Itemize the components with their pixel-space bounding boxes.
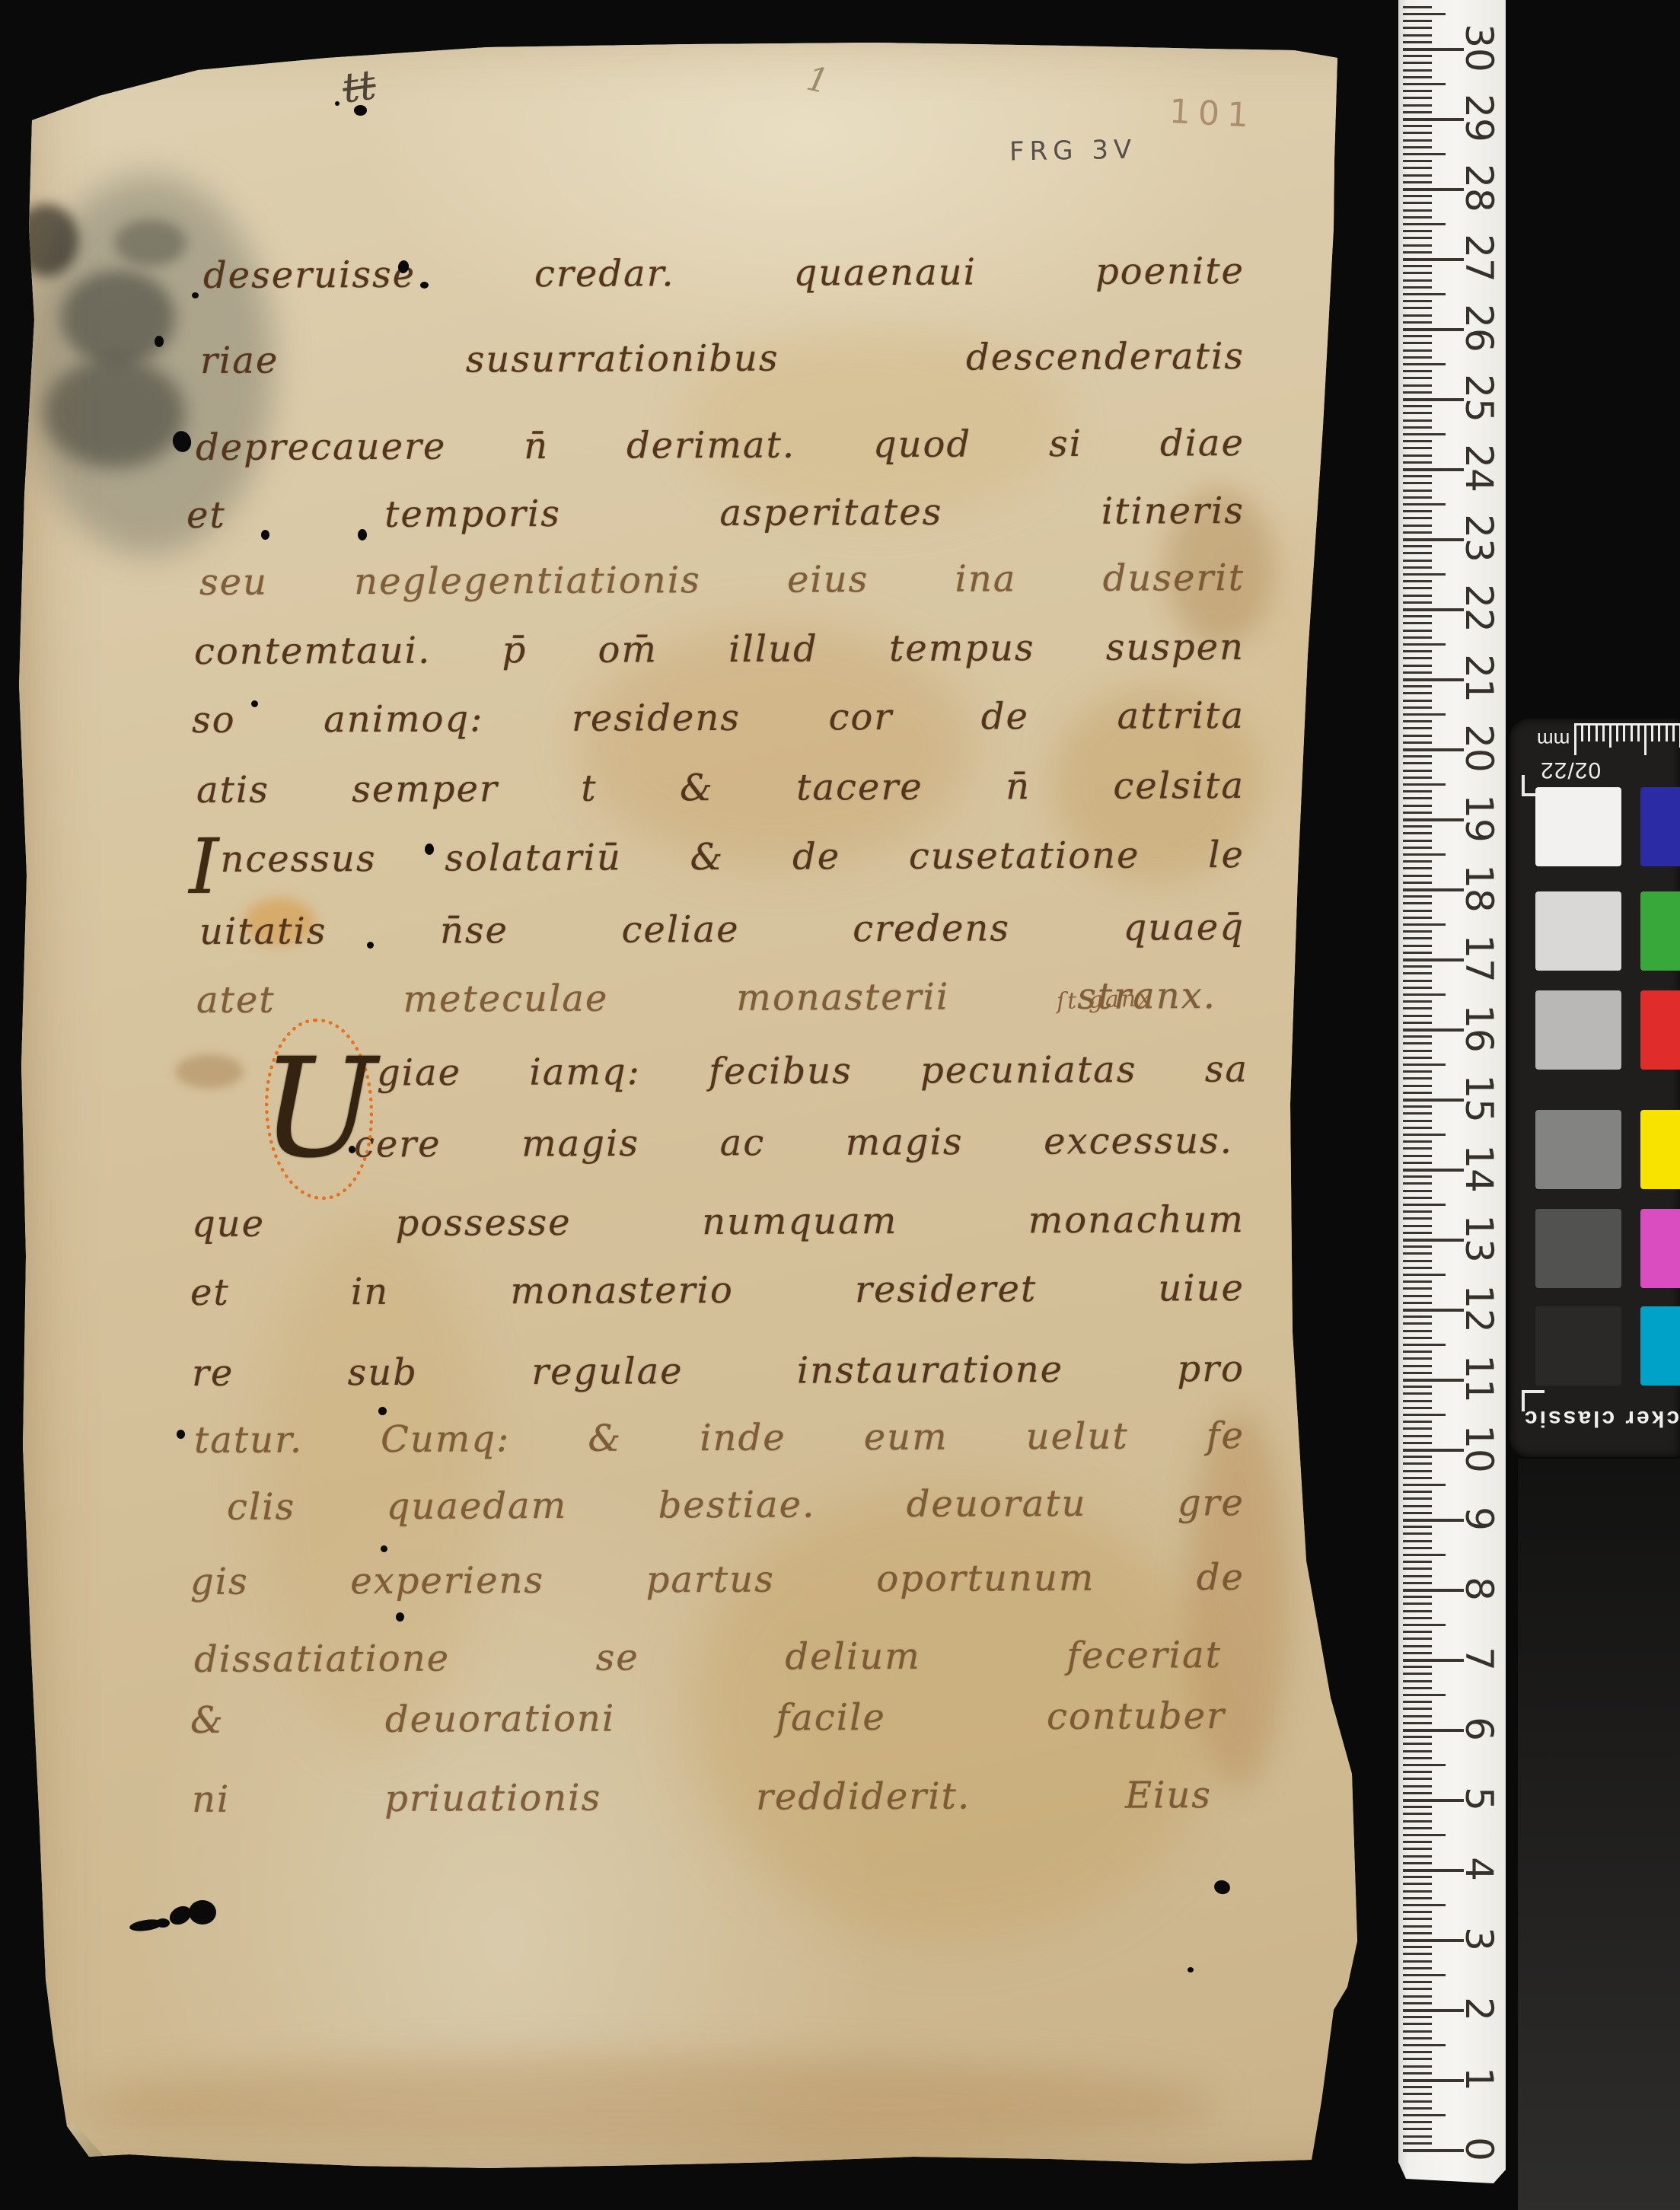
ruler-tick <box>1403 482 1432 484</box>
ruler-number: 7 <box>1457 1647 1501 1671</box>
ruler-tick <box>1403 314 1432 317</box>
ruler-tick <box>1403 1477 1432 1479</box>
ruler-tick <box>1403 1617 1432 1619</box>
ruler-tick <box>1403 741 1432 744</box>
measuring-ruler: 0123456789101112131415161718192021222324… <box>1398 0 1506 2183</box>
ruler-tick <box>1403 1575 1432 1577</box>
ruler-tick <box>1403 1357 1432 1360</box>
manuscript-text-line: cere magis ac magis excessus. <box>354 1118 1233 1166</box>
ruler-tick <box>1403 20 1432 22</box>
ruler-tick <box>1403 2051 1432 2053</box>
ruler-tick <box>1403 1652 1432 1654</box>
ruler-number: 2 <box>1457 1997 1501 2021</box>
ruler-tick <box>1403 1764 1446 1766</box>
ruler-tick <box>1403 349 1432 352</box>
ruler-tick <box>1403 356 1432 359</box>
ruler-tick <box>1403 1484 1446 1486</box>
ruler-number: 21 <box>1457 654 1501 703</box>
wormhole <box>358 529 367 541</box>
ruler-tick <box>1403 447 1432 449</box>
ruler-tick <box>1403 1806 1432 1808</box>
ruler-tick <box>1403 1421 1432 1423</box>
ruler-tick <box>1403 630 1432 632</box>
ruler-tick <box>1403 1792 1432 1794</box>
ruler-tick <box>1403 1785 1432 1787</box>
ruler-tick <box>1403 1659 1464 1662</box>
ruler-number: 3 <box>1457 1927 1501 1951</box>
card-mm-tick <box>1631 725 1633 741</box>
color-patch <box>1640 1110 1680 1189</box>
ruler-tick <box>1403 1680 1432 1682</box>
ruler-tick <box>1403 1911 1432 1913</box>
ruler-tick <box>1403 2009 1464 2012</box>
ruler-tick <box>1403 1778 1432 1780</box>
ruler-tick <box>1403 566 1432 569</box>
manuscript-text-line: clis quaedam bestiae. deuoratu gre <box>227 1481 1245 1529</box>
ruler-tick <box>1403 2142 1432 2145</box>
ruler-tick <box>1403 1974 1446 1976</box>
ruler-tick <box>1403 2086 1432 2088</box>
wormhole <box>156 1918 170 1928</box>
ruler-tick <box>1403 62 1432 64</box>
ruler-tick <box>1403 930 1432 933</box>
ruler-tick <box>1403 209 1432 212</box>
grayscale-patch <box>1535 891 1621 971</box>
ruler-tick <box>1403 517 1432 519</box>
card-mm-tick <box>1658 725 1660 741</box>
ruler-tick <box>1403 1904 1446 1906</box>
ruler-tick <box>1403 622 1432 624</box>
manuscript-text-line: seu neglegentiationis eius ina duserit <box>199 556 1245 604</box>
ruler-tick <box>1403 1813 1432 1815</box>
ruler-tick <box>1403 118 1464 121</box>
ruler-tick <box>1403 6 1432 8</box>
manuscript-text-line: atis semper t & tacere n̄ celsita <box>196 764 1245 812</box>
ruler-tick <box>1403 1701 1432 1703</box>
ruler-number: 25 <box>1457 374 1501 423</box>
ruler-tick <box>1403 972 1432 974</box>
ruler-number: 10 <box>1457 1424 1501 1473</box>
ruler-tick <box>1403 1392 1432 1395</box>
ruler-tick <box>1403 1953 1432 1955</box>
ruler-tick <box>1403 1042 1432 1044</box>
wormhole <box>189 1900 216 1925</box>
ruler-tick <box>1403 1245 1432 1248</box>
ruler-tick <box>1403 1939 1464 1942</box>
color-patch <box>1640 891 1680 971</box>
ruler-tick <box>1403 853 1446 856</box>
ruler-tick <box>1403 2079 1464 2082</box>
ruler-number: 14 <box>1457 1144 1501 1193</box>
ruler-tick <box>1403 1449 1464 1452</box>
ruler-tick <box>1403 1414 1446 1416</box>
ruler-tick <box>1403 1210 1432 1213</box>
grayscale-patch <box>1535 990 1621 1070</box>
ruler-number: 28 <box>1457 164 1501 212</box>
ruler-tick <box>1403 1589 1464 1592</box>
manuscript-text-line: que possesse numquam monachum <box>192 1197 1245 1246</box>
ruler-tick <box>1403 1988 1432 1990</box>
ruler-tick <box>1403 1561 1432 1563</box>
ruler-tick <box>1403 111 1432 113</box>
ruler-tick <box>1403 1105 1432 1108</box>
ruler-tick <box>1403 440 1432 442</box>
ruler-tick <box>1403 678 1464 681</box>
ruler-tick <box>1403 735 1432 737</box>
ruler-tick <box>1403 657 1432 659</box>
ruler-tick <box>1403 797 1432 799</box>
ruler-tick <box>1403 608 1464 611</box>
ruler-tick <box>1403 1435 1432 1437</box>
ruler-tick <box>1403 398 1464 401</box>
ruler-number: 15 <box>1457 1074 1501 1123</box>
ruler-tick <box>1403 2135 1432 2138</box>
ruler-tick <box>1403 1547 1432 1549</box>
ruler-number: 11 <box>1457 1354 1501 1403</box>
ruler-tick <box>1403 650 1432 652</box>
ruler-tick <box>1403 139 1432 142</box>
ruler-tick <box>1403 1645 1432 1647</box>
ruler-tick <box>1403 97 1432 99</box>
ruler-tick <box>1403 1365 1432 1367</box>
ruler-tick <box>1403 2128 1432 2130</box>
ruler-tick <box>1403 2065 1432 2068</box>
ruler-tick <box>1403 1322 1432 1325</box>
ruler-tick <box>1403 167 1432 169</box>
ruler-tick <box>1403 1491 1432 1493</box>
ruler-tick <box>1403 595 1432 597</box>
ruler-tick <box>1403 1280 1432 1283</box>
ruler-tick <box>1403 503 1446 505</box>
ruler-tick <box>1403 1757 1432 1759</box>
manuscript-text-line: giae iamq: fecibus pecuniatas sa <box>377 1048 1248 1095</box>
ruler-tick <box>1403 384 1432 387</box>
card-mm-tick <box>1666 725 1668 741</box>
ruler-tick <box>1403 1407 1432 1409</box>
ruler-tick <box>1403 342 1432 344</box>
ruler-tick <box>1403 174 1432 177</box>
ruler-tick <box>1403 34 1432 37</box>
ruler-tick <box>1403 1638 1432 1640</box>
manuscript-text-line: tatur. Cumq: & inde eum uelut fe <box>194 1414 1245 1462</box>
ruler-tick <box>1403 2114 1446 2116</box>
ruler-tick <box>1403 468 1464 471</box>
ruler-tick <box>1403 1981 1432 1983</box>
manuscript-text-line: riae susurrationibus descenderatis <box>200 334 1245 383</box>
ruler-tick <box>1403 55 1432 57</box>
ruler-tick <box>1403 153 1446 155</box>
card-mm-tick <box>1596 725 1598 741</box>
card-batch-code: 02/22 <box>1540 757 1601 783</box>
ruler-tick <box>1403 1162 1432 1164</box>
ruler-tick <box>1403 755 1432 757</box>
ruler-tick <box>1403 265 1432 267</box>
ruler-tick <box>1403 475 1432 477</box>
card-mm-tick <box>1616 725 1618 741</box>
ruler-tick <box>1403 321 1432 324</box>
ruler-tick <box>1403 335 1432 337</box>
ruler-tick <box>1403 538 1464 541</box>
ruler-tick <box>1403 454 1432 457</box>
ruler-tick <box>1403 90 1432 92</box>
ruler-tick <box>1403 1841 1432 1843</box>
color-patch <box>1640 1209 1680 1288</box>
ruler-tick <box>1403 1862 1432 1864</box>
ruler-tick <box>1403 1512 1432 1514</box>
ruler-tick <box>1403 1771 1432 1773</box>
manuscript-text-line: Incessus solatariū & de cusetatione le <box>189 833 1245 882</box>
ruler-tick <box>1403 412 1432 414</box>
ruler-tick <box>1403 1820 1432 1823</box>
ruler-tick <box>1403 580 1432 582</box>
ruler-tick <box>1403 2030 1432 2033</box>
ruler-tick <box>1403 2058 1432 2060</box>
ruler-tick <box>1403 1175 1432 1178</box>
grayscale-patch <box>1535 1110 1621 1189</box>
ruler-number: 5 <box>1457 1787 1501 1811</box>
ruler-tick <box>1403 1567 1432 1570</box>
shelfmark-pencil-note: FRG 3V <box>1009 135 1137 167</box>
ruler-tick <box>1403 560 1432 562</box>
ruler-tick <box>1403 840 1432 842</box>
ruler-tick <box>1403 965 1432 968</box>
ruler-tick <box>1403 69 1432 72</box>
ruler-number: 8 <box>1457 1577 1501 1601</box>
ruler-tick <box>1403 1315 1432 1318</box>
ruler-tick <box>1403 665 1432 667</box>
ruler-tick <box>1403 1470 1432 1472</box>
ruler-tick <box>1403 1267 1432 1269</box>
ruler-tick <box>1403 1462 1432 1465</box>
ruler-number: 13 <box>1457 1214 1501 1263</box>
ruler-tick <box>1403 1260 1432 1262</box>
ruler-tick <box>1403 643 1446 646</box>
ruler-tick <box>1403 286 1432 289</box>
wormhole <box>349 1146 355 1153</box>
initial-letter: U <box>261 1041 377 1178</box>
card-mm-tick <box>1588 725 1590 741</box>
ruler-tick <box>1403 1147 1432 1150</box>
manuscript-text-line: contemtaui. p̄ om̄ illud tempus suspen <box>194 625 1245 674</box>
ruler-tick <box>1403 1217 1432 1220</box>
ruler-tick <box>1403 1085 1432 1087</box>
wormhole <box>155 336 164 347</box>
ruler-tick <box>1403 2093 1432 2095</box>
ruler-tick <box>1403 783 1446 786</box>
ruler-tick <box>1403 1631 1432 1633</box>
ruler-tick <box>1403 13 1446 15</box>
ruler-tick <box>1403 1918 1432 1920</box>
ruler-tick <box>1403 573 1446 576</box>
ruler-tick <box>1403 1295 1432 1297</box>
ruler-tick <box>1403 1729 1464 1732</box>
ruler-tick <box>1403 258 1464 261</box>
ruler-tick <box>1403 1077 1432 1079</box>
ruler-tick <box>1403 1007 1432 1009</box>
ruler-tick <box>1403 1112 1432 1115</box>
card-mm-tick <box>1602 725 1605 741</box>
card-mm-tick <box>1609 725 1611 748</box>
ruler-tick <box>1403 1456 1432 1458</box>
ruler-tick <box>1403 1946 1432 1948</box>
ruler-tick <box>1403 867 1432 869</box>
ruler-number: 16 <box>1457 1004 1501 1053</box>
ruler-tick <box>1403 27 1432 29</box>
ruler-tick <box>1403 300 1432 302</box>
ruler-tick <box>1403 748 1464 751</box>
card-mm-tick <box>1644 725 1647 755</box>
ruler-tick <box>1403 1309 1464 1312</box>
ruler-tick <box>1403 251 1432 254</box>
ruler-tick <box>1403 552 1432 554</box>
ruler-tick <box>1403 1666 1432 1668</box>
ruler-tick <box>1403 1687 1432 1689</box>
ruler-tick <box>1403 1497 1432 1500</box>
manuscript-text-line: et in monasterio resideret uiue <box>190 1266 1245 1315</box>
ruler-tick <box>1403 83 1446 85</box>
wormhole <box>425 843 434 855</box>
ruler-tick <box>1403 1532 1432 1535</box>
ruler-tick <box>1403 244 1432 247</box>
wormhole <box>261 530 269 540</box>
ruler-tick <box>1403 917 1432 919</box>
ruler-tick <box>1403 426 1432 429</box>
ruler-tick <box>1403 1400 1432 1402</box>
grayscale-patch <box>1535 1209 1621 1288</box>
ruler-tick <box>1403 1386 1432 1388</box>
ruler-tick <box>1403 1869 1464 1872</box>
ruler-tick <box>1403 713 1446 716</box>
ruler-tick <box>1403 328 1464 331</box>
ruler-tick <box>1403 104 1432 107</box>
ruler-tick <box>1403 1519 1464 1522</box>
ruler-tick <box>1403 847 1432 849</box>
ruler-tick <box>1403 910 1432 912</box>
ruler-tick <box>1403 1197 1432 1199</box>
ruler-tick <box>1403 825 1432 828</box>
ruler-tick <box>1403 531 1432 534</box>
ruler-tick <box>1403 461 1432 464</box>
wormhole <box>420 282 429 289</box>
ruler-tick <box>1403 195 1432 197</box>
wormhole <box>1187 1967 1194 1972</box>
ruler-tick <box>1403 1182 1432 1185</box>
ruler-tick <box>1403 958 1464 961</box>
ruler-tick <box>1403 293 1446 295</box>
ruler-number: 6 <box>1457 1717 1501 1741</box>
card-brand-text: cker classic <box>1522 1401 1680 1431</box>
ruler-number: 30 <box>1457 24 1501 72</box>
ruler-tick <box>1403 1064 1446 1066</box>
ruler-tick <box>1403 490 1432 492</box>
ruler-tick <box>1403 1442 1432 1444</box>
ruler-tick <box>1403 1722 1432 1724</box>
ruler-tick <box>1403 875 1432 877</box>
ruler-tick <box>1403 636 1432 639</box>
wormhole <box>367 942 374 949</box>
ruler-tick <box>1403 1526 1432 1528</box>
ruler-tick <box>1403 818 1464 821</box>
ruler-number: 26 <box>1457 304 1501 352</box>
card-mm-tick <box>1672 725 1675 741</box>
card-mm-tick <box>1651 725 1653 741</box>
ruler-tick <box>1403 1995 1432 1998</box>
ruler-tick <box>1403 1070 1432 1073</box>
ruler-number: 17 <box>1457 934 1501 983</box>
ruler-tick <box>1403 1232 1432 1234</box>
ruler-tick <box>1403 1554 1446 1556</box>
manuscript-text-line: re sub regulae instauratione pro <box>192 1347 1245 1395</box>
ruler-tick <box>1403 1092 1432 1094</box>
ruler-tick <box>1403 146 1432 148</box>
ruler-number: 0 <box>1457 2137 1501 2161</box>
ruler-tick <box>1403 525 1432 527</box>
ruler-tick <box>1403 1344 1446 1346</box>
ruler-tick <box>1403 1351 1432 1353</box>
ruler-tick <box>1403 1427 1432 1430</box>
ruler-tick <box>1403 1540 1432 1542</box>
ruler-tick <box>1403 860 1432 863</box>
ruler-tick <box>1403 1252 1432 1255</box>
ruler-tick <box>1403 1799 1464 1802</box>
ruler-tick <box>1403 1035 1432 1038</box>
color-patch <box>1640 990 1680 1070</box>
ruler-tick <box>1403 1708 1432 1710</box>
ruler-tick <box>1403 1099 1464 1102</box>
ruler-tick <box>1403 1239 1464 1242</box>
grayscale-patch <box>1535 787 1621 866</box>
ruler-tick <box>1403 1028 1464 1032</box>
faded-folio-number: 101 <box>1168 92 1257 136</box>
ruler-tick <box>1403 1967 1432 1969</box>
ruler-tick <box>1403 419 1432 422</box>
ruler-tick <box>1403 1274 1446 1276</box>
ruler-tick <box>1403 692 1432 694</box>
ruler-tick <box>1403 237 1432 239</box>
ruler-tick <box>1403 671 1432 674</box>
ruler-tick <box>1403 1694 1446 1696</box>
ruler-number: 1 <box>1457 2067 1501 2091</box>
ruler-tick <box>1403 923 1446 926</box>
ruler-tick <box>1403 945 1432 947</box>
ruler-number: 22 <box>1457 584 1501 633</box>
ruler-tick <box>1403 2002 1432 2004</box>
ruler-tick <box>1403 1204 1446 1206</box>
ruler-tick <box>1403 706 1432 709</box>
ruler-tick <box>1403 377 1432 379</box>
ruler-tick <box>1403 391 1432 394</box>
ruler-tick <box>1403 902 1432 904</box>
manuscript-text-line: gis experiens partus oportunum de <box>190 1555 1245 1604</box>
ruler-tick <box>1403 1855 1432 1858</box>
ruler-tick <box>1403 805 1432 807</box>
ruler-tick <box>1403 1127 1432 1129</box>
color-calibration-card: mm 02/22 cker classic <box>1509 719 1680 1457</box>
ruler-tick <box>1403 370 1432 372</box>
ruler-tick <box>1403 1834 1446 1836</box>
card-mm-tick <box>1574 725 1576 755</box>
ruler-tick <box>1403 496 1432 499</box>
ruler-tick <box>1403 1372 1432 1374</box>
ruler-tick <box>1403 700 1432 702</box>
ruler-number: 20 <box>1457 724 1501 773</box>
ruler-tick <box>1403 1379 1464 1382</box>
ruler-tick <box>1403 433 1446 435</box>
ruler-tick <box>1403 272 1432 274</box>
ruler-tick <box>1403 188 1464 191</box>
card-mm-tick <box>1637 725 1640 741</box>
ruler-tick <box>1403 1624 1446 1626</box>
